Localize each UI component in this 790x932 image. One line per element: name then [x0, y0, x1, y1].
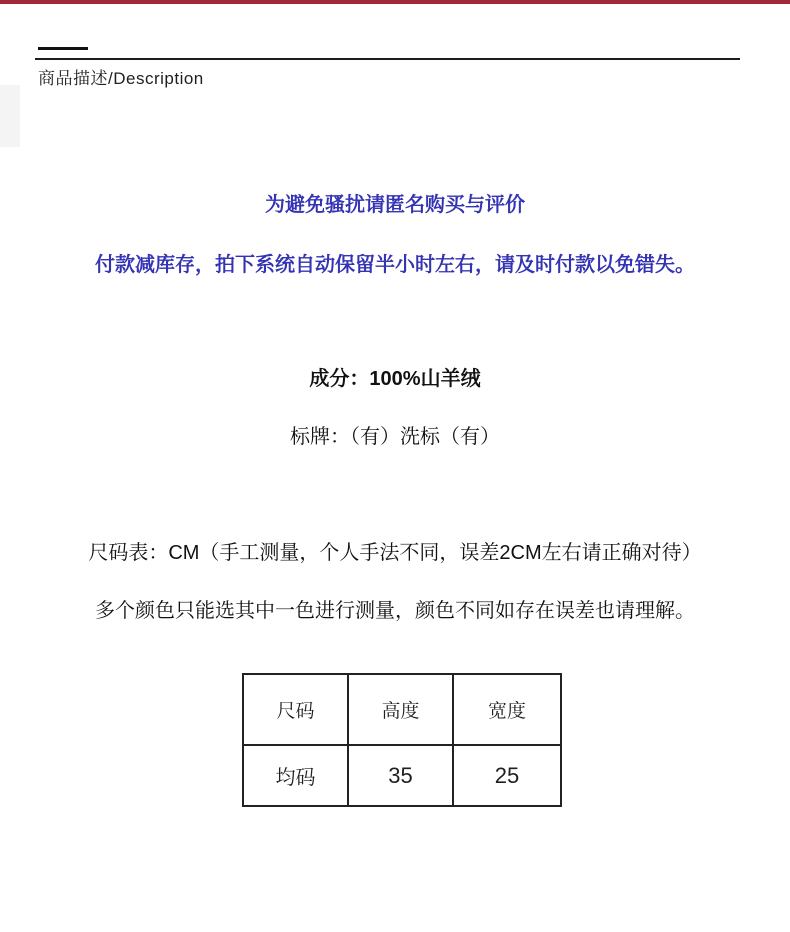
size-chart-cell-height: 35: [348, 745, 453, 806]
top-accent-bar: [0, 0, 790, 4]
header-divider-line: [35, 58, 740, 60]
color-variation-note: 多个颜色只能选其中一色进行测量，颜色不同如存在误差也请理解。: [0, 600, 790, 622]
size-measure-note: 尺码表：CM（手工测量，个人手法不同，误差2CM左右请正确对待）: [0, 542, 790, 564]
labels-text: 标牌：（有）洗标（有）: [0, 426, 790, 448]
size-chart-cell-width: 25: [453, 745, 561, 806]
size-chart-header-width: 宽度: [453, 674, 561, 745]
size-chart-header-row: 尺码 高度 宽度: [243, 674, 561, 745]
size-chart-table: 尺码 高度 宽度 均码 35 25: [242, 673, 562, 807]
size-chart-data-row: 均码 35 25: [243, 745, 561, 806]
header-accent-line: [38, 47, 88, 50]
composition-text: 成分：100%山羊绒: [0, 368, 790, 390]
size-chart-header-height: 高度: [348, 674, 453, 745]
anonymous-purchase-notice: 为避免骚扰请匿名购买与评价: [0, 194, 790, 216]
size-chart-header-size: 尺码: [243, 674, 348, 745]
size-chart-cell-size: 均码: [243, 745, 348, 806]
left-edge-artifact: [0, 85, 20, 147]
payment-reminder-notice: 付款减库存，拍下系统自动保留半小时左右，请及时付款以免错失。: [0, 254, 790, 276]
section-title: 商品描述/Description: [38, 64, 204, 89]
